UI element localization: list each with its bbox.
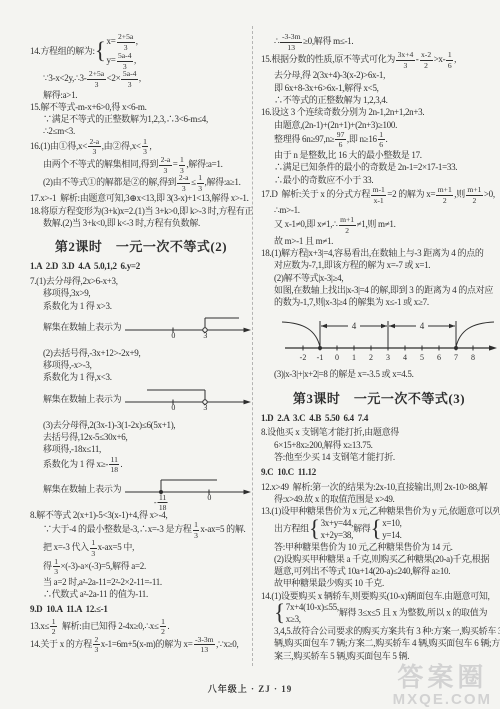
text-line: 辆,购买面包车 7 辆;方案二,购买轿车 4 辆,购买面包车 6 辆;方 bbox=[274, 637, 497, 649]
number-line-figure: -11180 bbox=[121, 475, 253, 507]
text-line: 17.x>-1 解析:由题意可知,3⊕x<13,即 3(3-x)+1<13,解得… bbox=[30, 192, 252, 204]
fraction: 2-a3 bbox=[159, 156, 172, 174]
text-line: 解得:a>1. bbox=[43, 89, 252, 101]
text-line: 整理得 6n≥97,n≥976,即 n≥1616. bbox=[274, 131, 497, 149]
tick-label: -1118 bbox=[154, 494, 169, 512]
text-line: 又 x-1≠0,即 x≠1,∴m+12≠1,则 m≠1. bbox=[274, 216, 497, 234]
answers-row: 1.A 2.D 3.D 4.A 5.0,1,2 6.y=2 bbox=[30, 260, 252, 272]
svg-text:3: 3 bbox=[386, 353, 390, 362]
text-line: 如图,在数轴上找出|x-3|=4 的解,即到 3 的距离为 4 的点对应 bbox=[274, 284, 497, 296]
fraction: 13 bbox=[142, 138, 149, 156]
answers-row: 1.D 2.A 3.C 4.B 5.50 6.4 7.4 bbox=[261, 412, 497, 424]
text-line: (2)去括号得,-3x+12>-2x+9, bbox=[43, 347, 252, 359]
svg-text:1: 1 bbox=[352, 353, 356, 362]
fraction: -3-3m13 bbox=[194, 636, 216, 654]
text-line: 移项得,-x>-3, bbox=[43, 359, 252, 371]
fraction: 13 bbox=[197, 174, 204, 192]
fraction: 12 bbox=[50, 618, 57, 636]
fraction: 2+5a3 bbox=[117, 33, 135, 51]
text-line: 18.将原方程变形为(3+k)x=2.(1)当 3+k>0,即 k>-3 时,方… bbox=[30, 205, 252, 217]
text-line: ∵满足不等式的正整数解为1,2,3,∴3<6-m≤4, bbox=[43, 113, 252, 125]
text-line: 14.关于 x 的方程23x-1=6m+5(x-m)的解为 x=-3-3m13,… bbox=[30, 636, 252, 654]
text-line: 去分母,得 2(3x+4)-3(x-2)>6x-1, bbox=[274, 69, 497, 81]
watermark-brand: 答案圈 bbox=[393, 664, 492, 690]
text-line: 13.x≤12 解析:由已知得 2-4x≥0,∴x≤12. bbox=[30, 618, 252, 636]
number-line-figure: 03 bbox=[121, 385, 253, 417]
text-line: 8.设他买 x 支钢笔才能打折,由题意得 bbox=[261, 426, 497, 438]
svg-text:-2: -2 bbox=[300, 353, 307, 362]
text-line: ∴2≤m<3. bbox=[43, 125, 252, 137]
fraction: 2-a3 bbox=[177, 174, 190, 192]
svg-text:7: 7 bbox=[454, 353, 458, 362]
text-line: 故 m>-1 且 m≠1. bbox=[274, 235, 497, 247]
number-line-figure: 03 bbox=[121, 313, 253, 345]
text-line: (3)|x-3|+|x+2|=8 的解是 x=-3.5 或 x=4.5. bbox=[274, 368, 497, 380]
fraction: 1118 bbox=[109, 456, 119, 474]
fraction: 16 bbox=[378, 131, 385, 149]
brace: { bbox=[95, 41, 106, 62]
text-line: 17.D 解析:关于 x 的分式方程m-1x-1=2 的解为 x=m+12,则m… bbox=[261, 186, 497, 204]
tick-label: 3 bbox=[203, 332, 207, 340]
fraction: x-22 bbox=[420, 51, 433, 69]
fraction: 13 bbox=[90, 539, 97, 557]
text-line: 3,4,5.故符合公司要求的购买方案共有 3 种:方案一,购买轿车 3 bbox=[274, 625, 497, 637]
column-divider bbox=[252, 26, 253, 666]
text-line: 当 a=2 时,a²-2a-11=2²-2×2-11=-11. bbox=[43, 576, 252, 588]
text-line: 由于 n 是整数,比 16 大的最小整数是 17. bbox=[274, 149, 497, 161]
text-line: 系数化为 1 得,x<3. bbox=[43, 371, 252, 383]
fraction: 13 bbox=[53, 558, 60, 576]
text-line: 题意,可列出不等式 10a+14(20-a)≤240,解得 a≥10. bbox=[274, 565, 497, 577]
fraction: m+12 bbox=[466, 186, 483, 204]
fraction: 3x+43 bbox=[396, 51, 415, 69]
brace: { bbox=[370, 519, 381, 540]
fraction: 5a-43 bbox=[121, 70, 138, 88]
svg-text:4: 4 bbox=[403, 353, 407, 362]
text-line: (2)解不等式|x-3|≥4, bbox=[274, 272, 497, 284]
fraction: 1118 bbox=[157, 494, 167, 512]
text-line: ∴-3-3m13≥0,解得 m≤-1. bbox=[274, 33, 497, 51]
text-line: 16.(1)由①得,x<2-a3,由②得,x<13, bbox=[30, 138, 252, 156]
svg-text:5: 5 bbox=[420, 353, 424, 362]
svg-text:0: 0 bbox=[335, 353, 339, 362]
text-line: ∴最小的奇数应不小于 33. bbox=[274, 174, 497, 186]
text-line: 系数化为 1 得 x>3. bbox=[43, 300, 252, 312]
text-line: 16.设这 3 个连续奇数分别为 2n-1,2n+1,2n+3. bbox=[261, 106, 497, 118]
fraction: m+12 bbox=[436, 186, 453, 204]
text-line: ∴m>-1. bbox=[274, 204, 497, 216]
text-line: 移项得,-18x≤11, bbox=[43, 443, 252, 455]
fraction: 5a-43 bbox=[117, 52, 134, 70]
fraction: 16 bbox=[446, 51, 453, 69]
svg-text:8: 8 bbox=[471, 353, 475, 362]
text-line: 15.解不等式-m-x+6>0,得 x<6-m. bbox=[30, 101, 252, 113]
text-line: ∴代数式 a²-2a-11 的值为-11. bbox=[43, 588, 252, 600]
text-line: 去括号得,12x-5≤30x+6, bbox=[43, 431, 252, 443]
text-line: 15.根据分数的性质,原不等式可化为3x+43-x-22>x-16, bbox=[261, 51, 497, 69]
right-column: ∴-3-3m13≥0,解得 m≤-1.15.根据分数的性质,原不等式可化为3x+… bbox=[261, 33, 497, 662]
left-column: 14.方程组的解为:{x=2+5a3,y=5a-43,∵3-x<2y,∴3-2+… bbox=[30, 33, 252, 654]
fraction: 2+5a3 bbox=[87, 70, 105, 88]
tick-label: 0 bbox=[171, 404, 175, 412]
numberline-row: 解集在数轴上表示为03 bbox=[43, 385, 252, 417]
text-line: 由题意,(2n-1)+(2n+1)+(2n+3)≥100. bbox=[274, 119, 497, 131]
svg-text:6: 6 bbox=[437, 353, 441, 362]
page-root: 14.方程组的解为:{x=2+5a3,y=5a-43,∵3-x<2y,∴3-2+… bbox=[0, 0, 500, 709]
text-line: 答:他至少买 14 支钢笔才能打折. bbox=[274, 451, 497, 463]
fraction: 12 bbox=[160, 618, 167, 636]
watermark: 答案圈 MXQE.COM bbox=[393, 664, 492, 707]
numberline-row: 解集在数轴上表示为-11180 bbox=[43, 475, 252, 507]
numberline-label: 解集在数轴上表示为 bbox=[43, 483, 121, 495]
equation-system: {x=10,y=14. bbox=[370, 518, 401, 541]
text-line: ∵3-x<2y,∴3-2+5a3<2×5a-43, bbox=[43, 70, 252, 88]
tick-label: 0 bbox=[171, 332, 175, 340]
section-header: 第3课时 一元一次不等式(3) bbox=[261, 388, 497, 407]
brace: { bbox=[309, 519, 320, 540]
svg-text:4: 4 bbox=[352, 321, 357, 331]
answers-row: 9.D 10.A 11.A 12.≤-1 bbox=[30, 603, 252, 615]
text-line: ∵大于-4 的最小整数是-3,∴x=-3 是方程13x-ax=5 的解. bbox=[43, 521, 252, 539]
fraction: 13 bbox=[179, 156, 186, 174]
fraction: 976 bbox=[335, 131, 346, 149]
svg-text:4: 4 bbox=[420, 321, 425, 331]
text-line: 7.(1)去分母得,2x>6-x+3, bbox=[30, 275, 252, 287]
text-line: 系数化为 1 得 x≥-1118. bbox=[43, 456, 252, 474]
text-line: 6×15+8x≥200,解得 x≥13.75. bbox=[274, 439, 497, 451]
tick-label: 3 bbox=[203, 404, 207, 412]
fraction: 2-a3 bbox=[88, 138, 101, 156]
text-line: 12.x>49 解析:第一次的结果为:2x-10,直接输出,则 2x-10>88… bbox=[261, 481, 497, 493]
text-line: 对应数为-7,1,即该方程的解为 x=-7 或 x=1. bbox=[274, 259, 497, 271]
equation-system: {7x+4(10-x)≤55,x≥3, bbox=[274, 602, 339, 625]
answers-row: 9.C 10.C 11.12 bbox=[261, 466, 497, 478]
equation-system: {3x+y=44,x+2y=38, bbox=[309, 518, 353, 541]
text-line: 得13×(-3)-a×(-3)=5,解得 a=2. bbox=[43, 558, 252, 576]
fraction: m-1x-1 bbox=[371, 186, 386, 204]
text-line: 18.(1)解方程|x+3|=4,容易看出,在数轴上与-3 距离为 4 的点的 bbox=[261, 247, 497, 259]
fraction: 13 bbox=[193, 521, 200, 539]
big-number-line-figure: -2-101234567844 bbox=[279, 310, 500, 366]
text-line: (3)去分母得,2(3x-1)-3(1-2x)≤6(5x+1), bbox=[43, 419, 252, 431]
text-line: ∴不等式的正整数解为 1,2,3,4. bbox=[274, 94, 497, 106]
text-line: 案三,购买轿车 5 辆,购买面包车 5 辆. bbox=[274, 650, 497, 662]
numberline-label: 解集在数轴上表示为 bbox=[43, 321, 121, 333]
text-line: 即 6x+8-3x+6>6x-1,解得 x<5, bbox=[274, 82, 497, 94]
brace: { bbox=[274, 603, 285, 624]
tick-label: 0 bbox=[207, 494, 211, 502]
text-line: 8.解不等式 2(x+1)-5<3(x-1)+4,得 x>-4, bbox=[30, 509, 252, 521]
text-line: 移项得,3x>9, bbox=[43, 287, 252, 299]
svg-text:2: 2 bbox=[369, 353, 373, 362]
text-line: 的数为-1,7,则|x-3|≥4 的解集为 x≤-1 或 x≥7. bbox=[274, 296, 497, 308]
text-line: 出方程组{3x+y=44,x+2y=38,解得{x=10,y=14. bbox=[274, 518, 497, 541]
text-line: 由两个不等式的解集相同,得到2-a3=13,解得:a=1. bbox=[43, 156, 252, 174]
watermark-site: MXQE.COM bbox=[393, 692, 492, 707]
text-line: (2)设购买甲种糖果 a 千克,则购买乙种糖果(20-a)千克,根据 bbox=[274, 553, 497, 565]
text-line: 故甲种糖果最少购买 10 千克. bbox=[274, 577, 497, 589]
text-line: 14.方程组的解为:{x=2+5a3,y=5a-43, bbox=[30, 33, 252, 70]
text-line: 把 x=-3 代入13x-ax=5 中, bbox=[43, 539, 252, 557]
numberline-label: 解集在数轴上表示为 bbox=[43, 393, 121, 405]
text-line: 14.(1)设要购买 x 辆轿车,则要购买(10-x)辆面包车.由题意可知, bbox=[261, 590, 497, 602]
svg-text:-1: -1 bbox=[317, 353, 324, 362]
equation-system: {x=2+5a3,y=5a-43, bbox=[95, 33, 138, 70]
fraction: m+12 bbox=[339, 216, 356, 234]
fraction: 23 bbox=[93, 636, 100, 654]
text-line: 得:x>49.故 x 的取值范围是 x>49. bbox=[274, 493, 497, 505]
text-line: (2)由不等式①的解都是②的解,得到2-a3≤13,解得:a≥1. bbox=[43, 174, 252, 192]
text-line: {7x+4(10-x)≤55,x≥3,解得 3≤x≤5 且 x 为整数,所以 x… bbox=[274, 602, 497, 625]
text-line: 答:甲种糖果售价为 10 元,乙种糖果售价为 14 元. bbox=[274, 541, 497, 553]
section-header: 第2课时 一元一次不等式(2) bbox=[30, 236, 252, 255]
text-line: 数解.(2)当 3+k<0,即 k<-3 时,方程有负数解. bbox=[43, 217, 252, 229]
numberline-row: 解集在数轴上表示为03 bbox=[43, 313, 252, 345]
fraction: -3-3m13 bbox=[280, 33, 302, 51]
text-line: ∴满足已知条件的最小的奇数是 2n-1=2×17-1=33. bbox=[274, 161, 497, 173]
